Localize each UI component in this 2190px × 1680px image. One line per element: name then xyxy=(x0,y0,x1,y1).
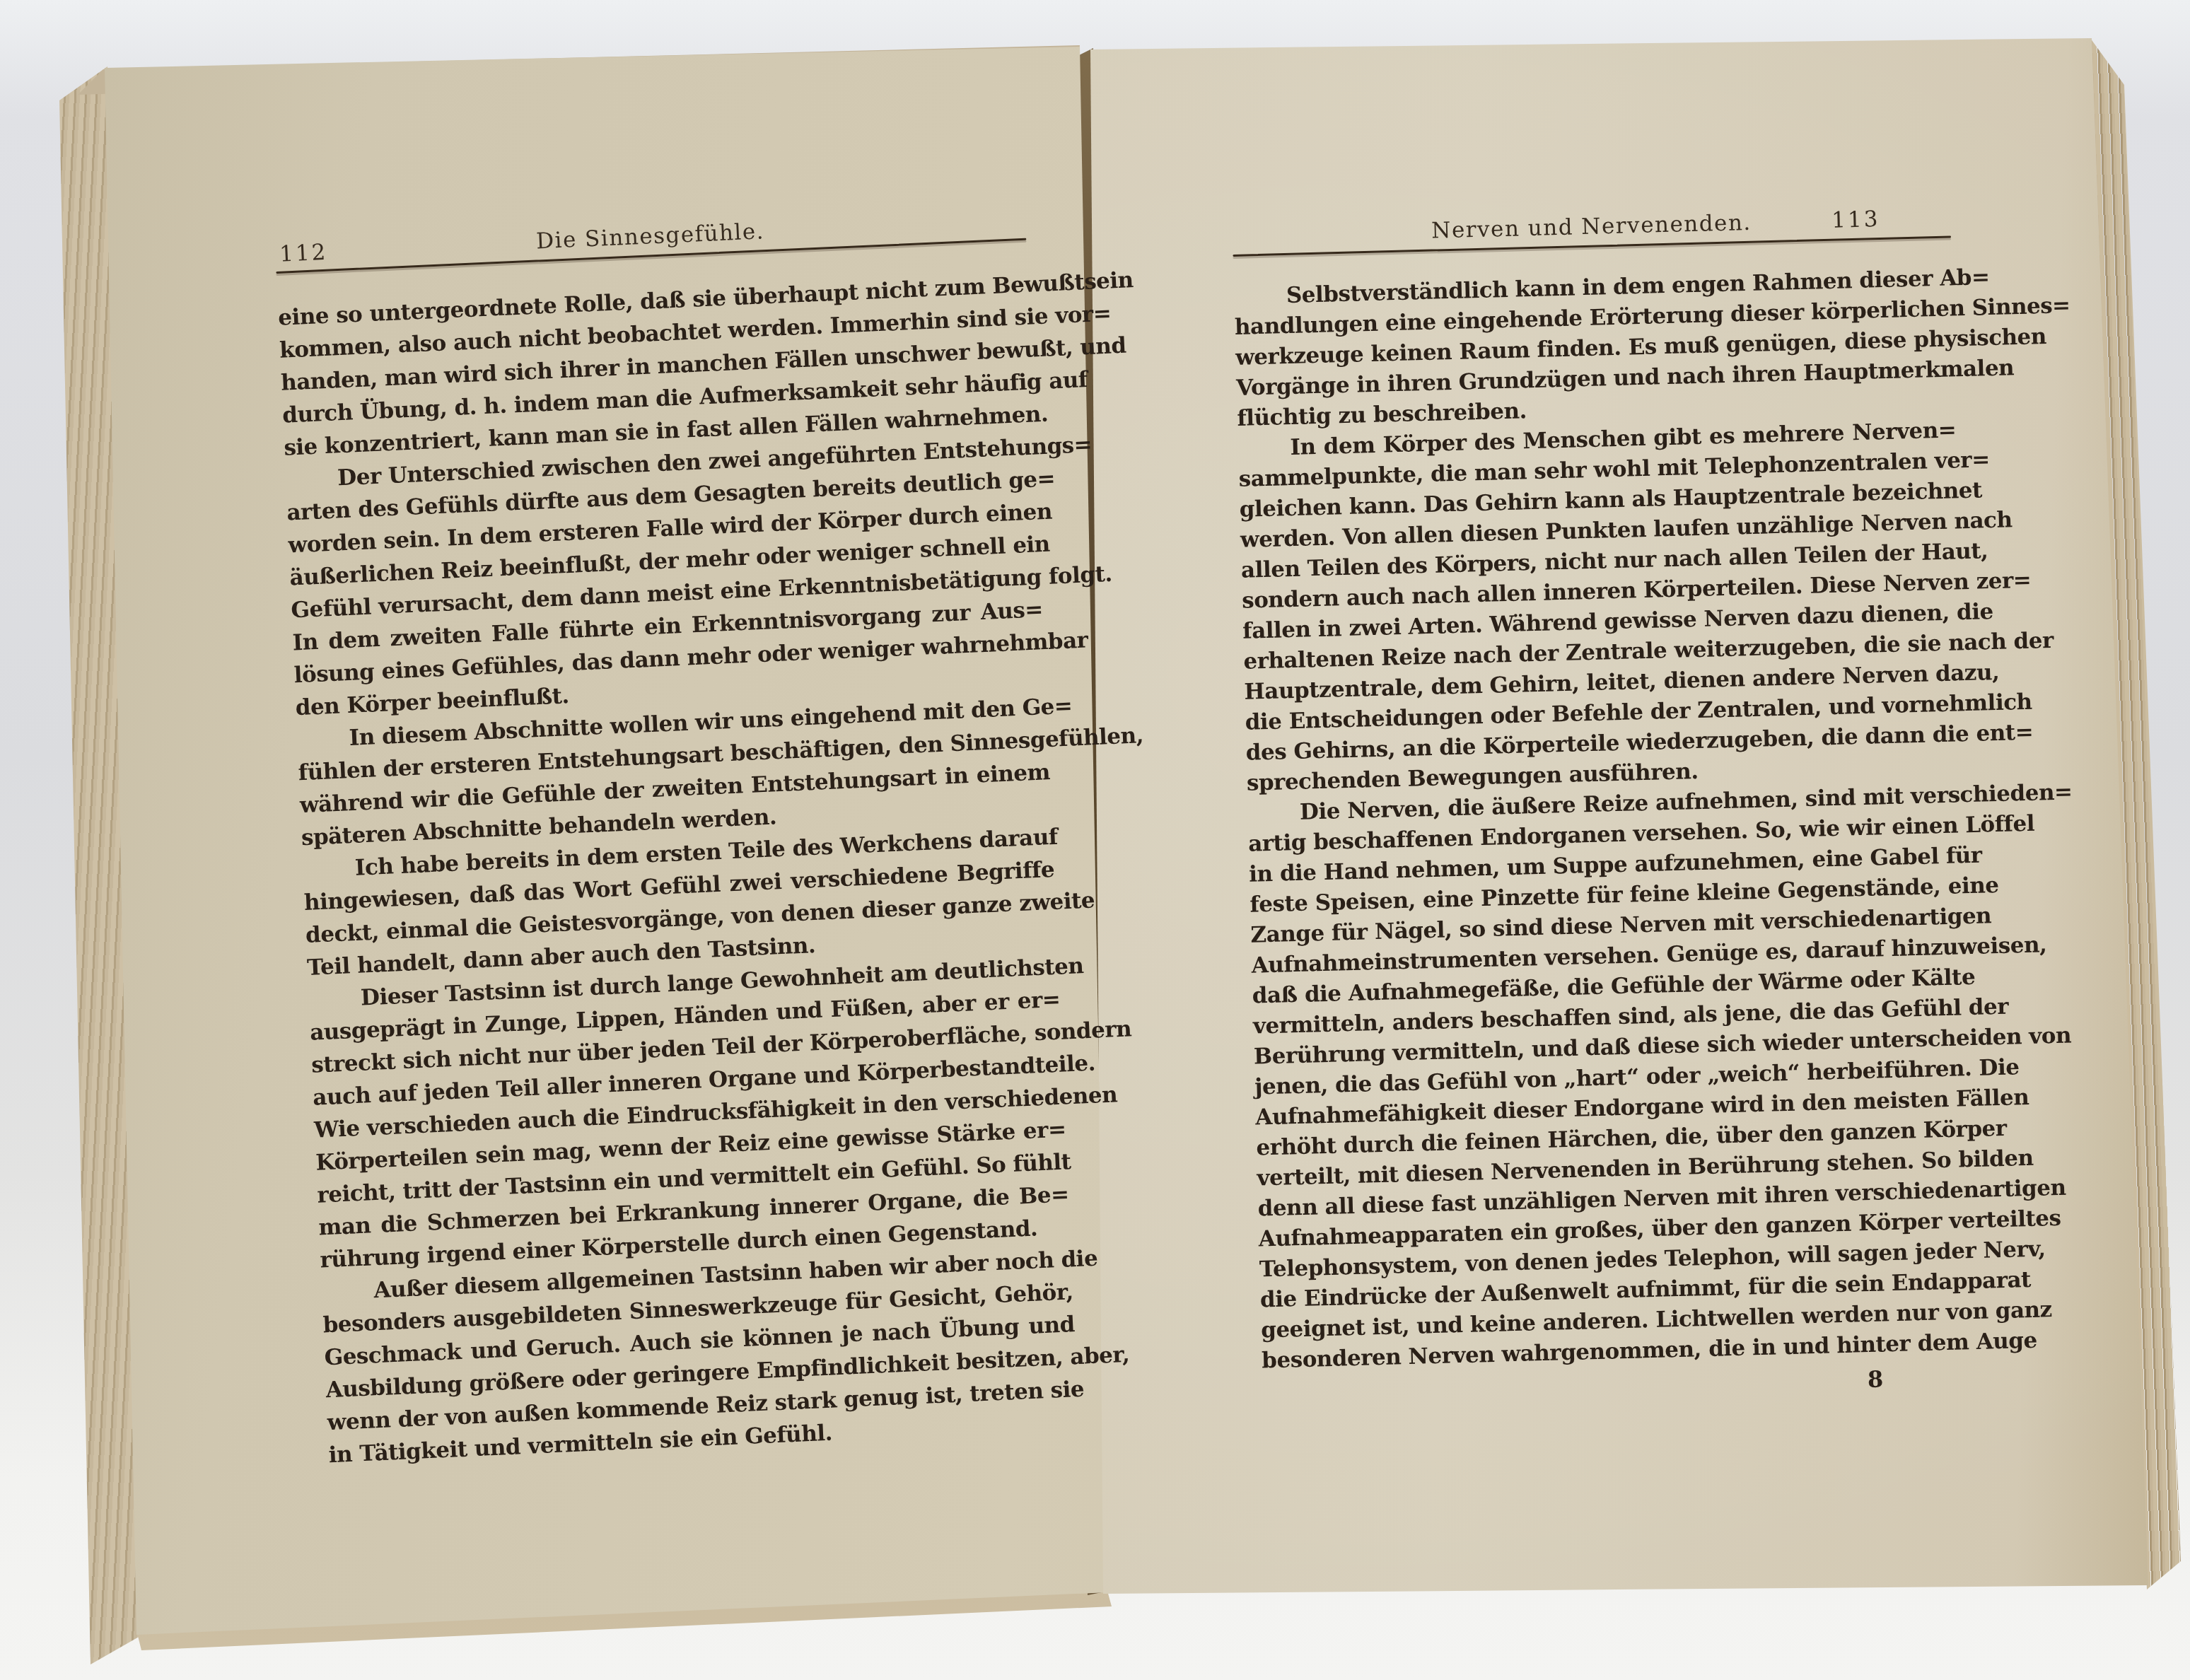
left-page-text: 112 Die Sinnesgefühle. eine so untergeor… xyxy=(274,202,1080,1472)
left-text-column: eine so untergeordnete Rolle, daß sie üb… xyxy=(277,269,1080,1472)
right-page-number: 113 xyxy=(1831,206,1880,233)
right-text-column: Selbstverständlich kann in dem engen Rah… xyxy=(1233,263,1980,1376)
left-page-number: 112 xyxy=(279,240,328,267)
right-page-text: 113 Nerven und Nervenenden. Selbstverstä… xyxy=(1232,199,1981,1408)
